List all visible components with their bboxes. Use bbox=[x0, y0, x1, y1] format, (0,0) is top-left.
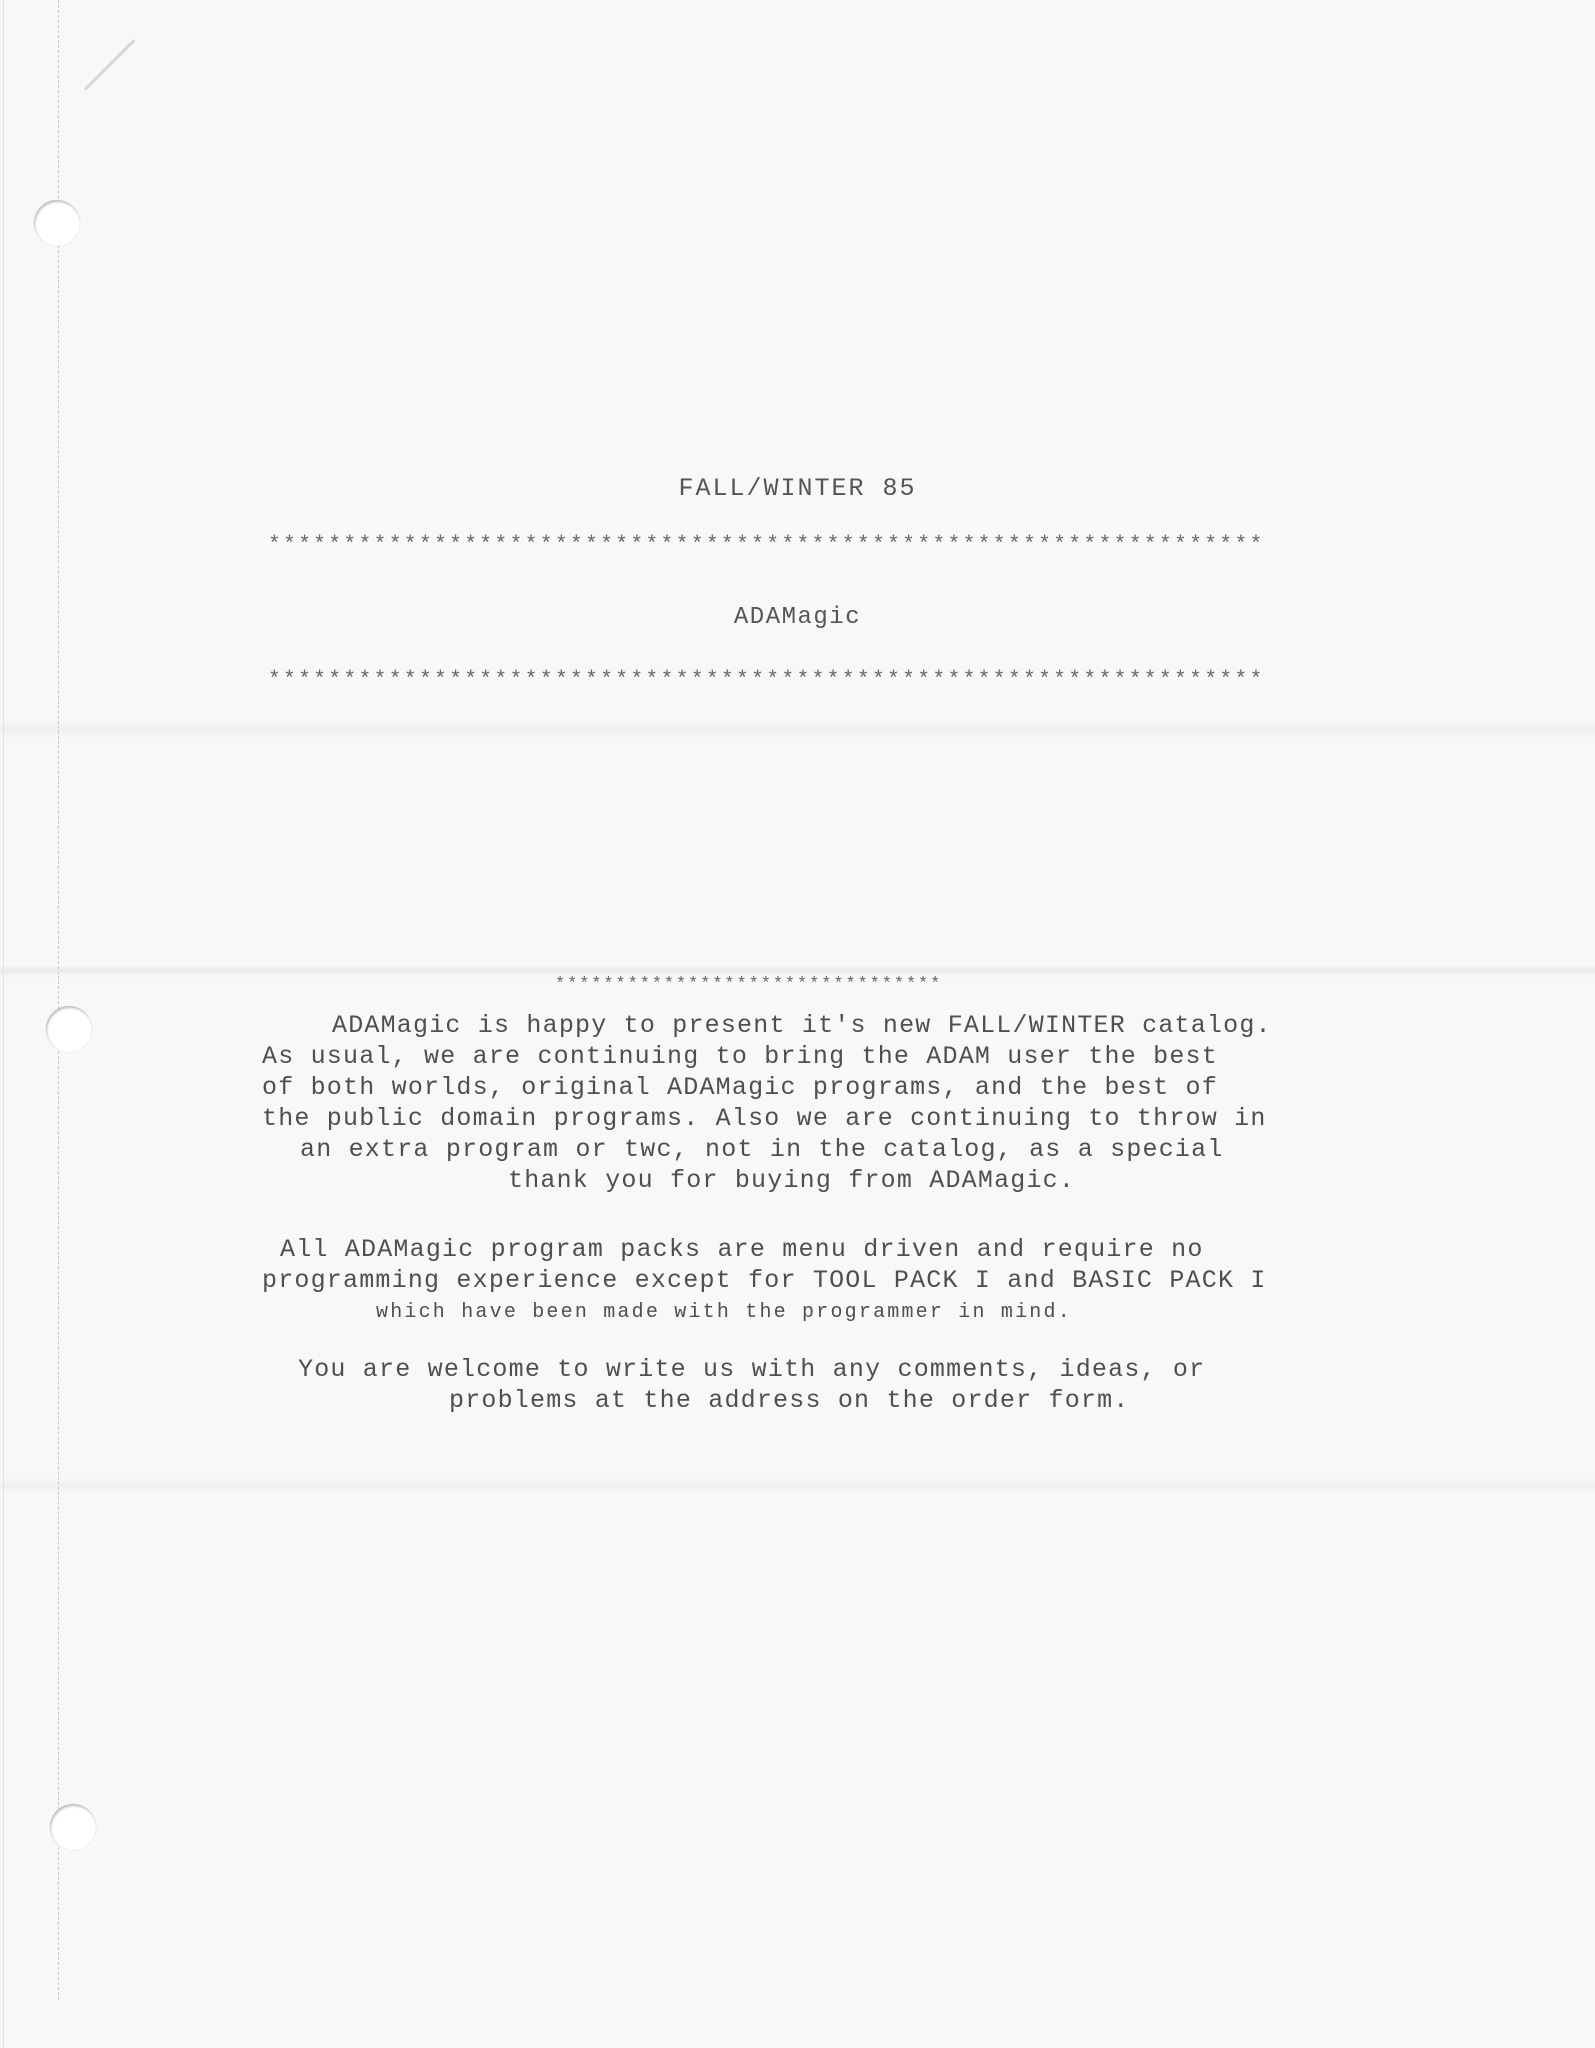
text-line: All ADAMagic program packs are menu driv… bbox=[280, 1234, 1380, 1265]
text-line: As usual, we are continuing to bring the… bbox=[262, 1041, 1362, 1072]
punch-hole-middle bbox=[46, 1006, 92, 1052]
season-heading: FALL/WINTER 85 bbox=[0, 474, 1595, 503]
text-line: You are welcome to write us with any com… bbox=[298, 1354, 1398, 1385]
text-line: problems at the address on the order for… bbox=[449, 1385, 1449, 1416]
star-rule-top: ****************************************… bbox=[268, 534, 1420, 557]
company-name: ADAMagic bbox=[0, 604, 1595, 631]
text-line: which have been made with the programmer… bbox=[376, 1297, 1376, 1328]
scanned-page: FALL/WINTER 85 *************************… bbox=[0, 0, 1595, 2048]
text-line: the public domain programs. Also we are … bbox=[262, 1103, 1422, 1134]
intro-star-rule: ******************************** bbox=[555, 975, 1125, 994]
star-rule-bottom: ****************************************… bbox=[268, 669, 1420, 692]
text-line: an extra program or twc, not in the cata… bbox=[300, 1134, 1400, 1165]
text-line: ADAMagic is happy to present it's new FA… bbox=[332, 1010, 1432, 1041]
binder-margin-line bbox=[58, 0, 59, 2000]
text-line: of both worlds, original ADAMagic progra… bbox=[262, 1072, 1362, 1103]
text-line: thank you for buying from ADAMagic. bbox=[508, 1165, 1408, 1196]
page-edge bbox=[3, 0, 4, 2048]
staple-mark bbox=[84, 39, 136, 91]
text-line: programming experience except for TOOL P… bbox=[262, 1265, 1422, 1296]
punch-hole-top bbox=[34, 200, 80, 246]
punch-hole-bottom bbox=[50, 1804, 96, 1850]
